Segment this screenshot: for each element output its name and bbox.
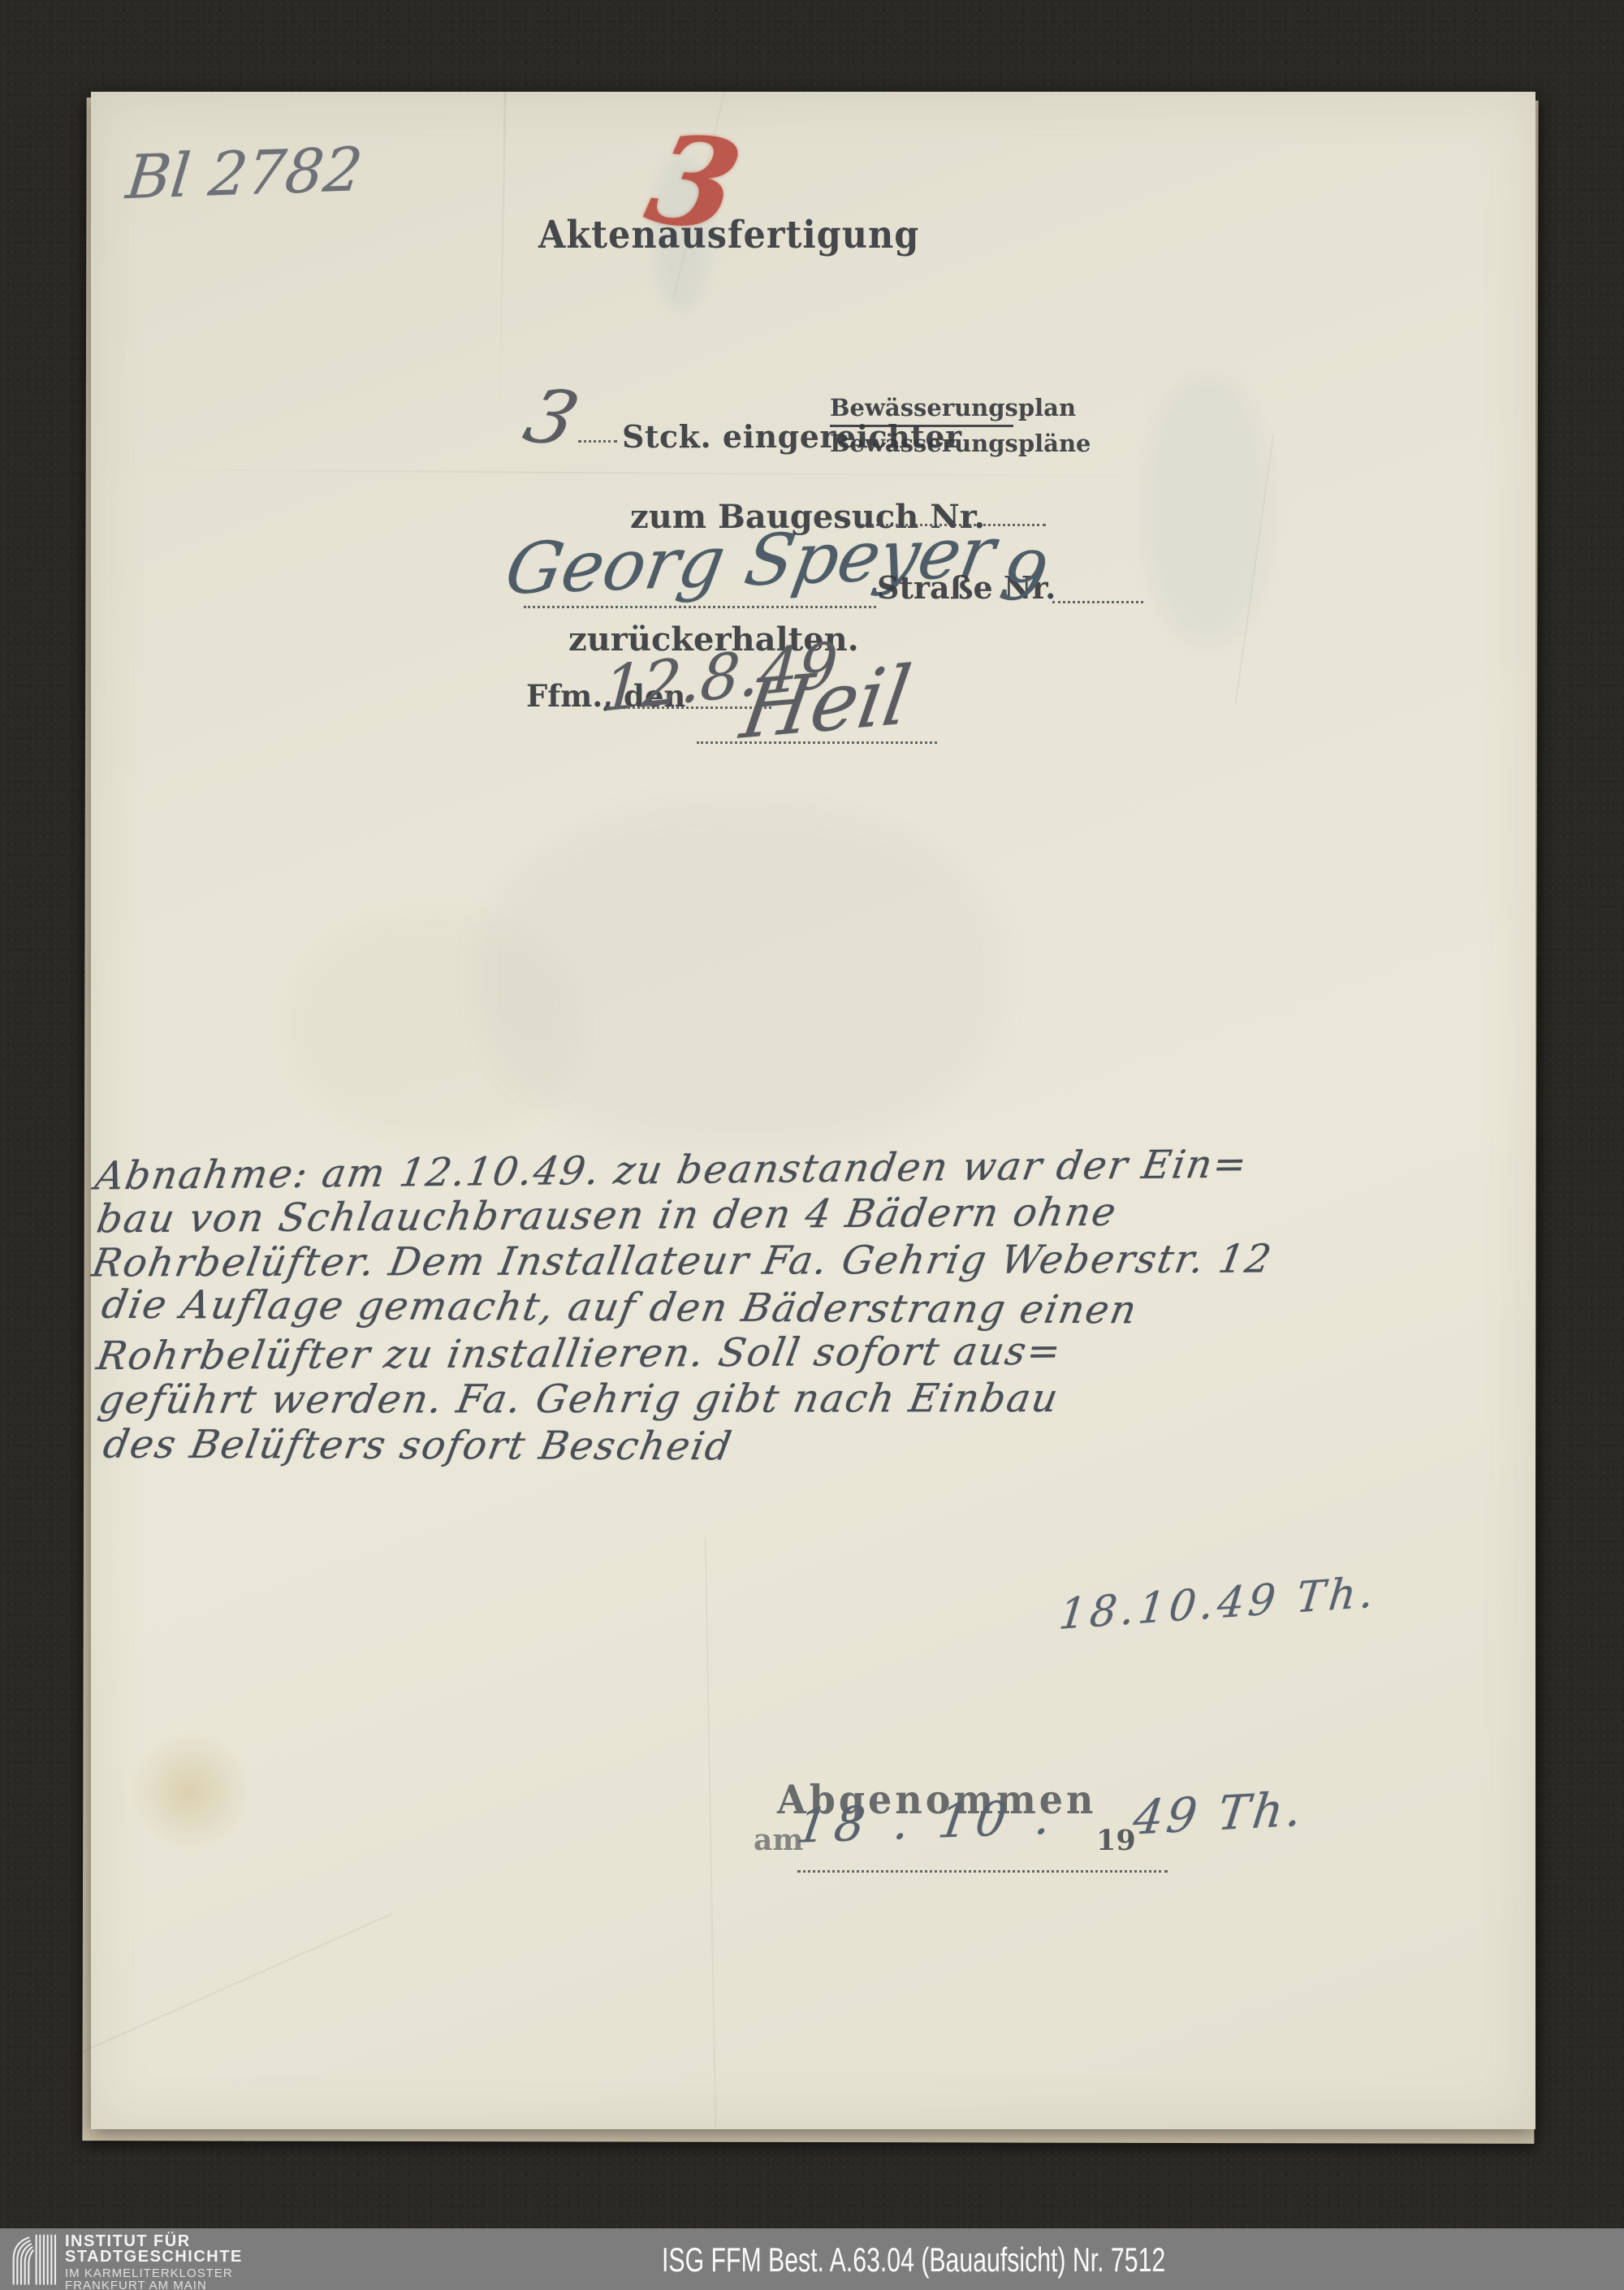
archive-scan-background: Bl 2782 3 Aktenausfertigung 3 Stck. eing… <box>0 0 1624 2290</box>
institute-logo: INSTITUT FÜR STADTGESCHICHTE IM KARMELIT… <box>0 2228 260 2290</box>
aktenausfertigung-stamp: Aktenausfertigung <box>538 214 919 257</box>
plan-plural-label: Bewässerungspläne <box>830 430 1013 457</box>
dotted-underline <box>524 606 876 608</box>
note-line: bau von Schlauchbrausen in den 4 Bädern … <box>93 1190 1121 1242</box>
note-line: geführt werden. Fa. Gehrig gibt nach Ein… <box>95 1376 1063 1423</box>
note-date-initials: 18.10.49 Th. <box>1056 1568 1380 1640</box>
gothic-arch-icon <box>8 2232 60 2286</box>
folio-number: Bl 2782 <box>123 135 366 213</box>
year-prefix-stamp: 19 <box>1096 1824 1136 1857</box>
logo-line-4: FRANKFURT AM MAIN <box>65 2279 243 2290</box>
note-line: die Auflage gemacht, auf den Bäderstrang… <box>98 1282 1142 1333</box>
paper-stain <box>132 1732 249 1850</box>
quantity-entry: 3 <box>515 373 588 463</box>
paper-crease <box>1235 434 1275 703</box>
dotted-underline <box>697 741 937 744</box>
logo-line-3: IM KARMELITERKLOSTER <box>65 2267 243 2279</box>
paper-crease <box>498 92 507 441</box>
paper-crease <box>705 1537 717 2127</box>
institute-logo-text: INSTITUT FÜR STADTGESCHICHTE IM KARMELIT… <box>65 2234 243 2290</box>
ink-bleedthrough <box>481 806 1000 1147</box>
dotted-underline <box>1052 601 1143 603</box>
acceptance-year-initials-entry: 49 Th. <box>1130 1781 1308 1846</box>
paper-crease <box>91 469 1535 480</box>
acceptance-day-month-entry: 18 . 10 . <box>793 1789 1061 1854</box>
ink-bleedthrough <box>294 920 578 1131</box>
dotted-underline <box>797 1870 1168 1873</box>
document-page: Bl 2782 3 Aktenausfertigung 3 Stck. eing… <box>91 92 1535 2129</box>
archive-caption: ISG FFM Best. A.63.04 (Bauaufsicht) Nr. … <box>662 2240 1165 2279</box>
dotted-underline <box>578 440 617 443</box>
ink-bleedthrough <box>1147 376 1268 644</box>
plan-singular-label: Bewässerungsplan <box>830 394 1013 421</box>
logo-line-2: STADTGESCHICHTE <box>65 2249 243 2265</box>
footer-bar: INSTITUT FÜR STADTGESCHICHTE IM KARMELIT… <box>0 2228 1624 2290</box>
fraction-bar <box>830 425 1013 427</box>
plan-fraction: Bewässerungsplan Bewässerungspläne <box>830 394 1013 457</box>
note-line: Rohrbelüfter. Dem Installateur Fa. Gehri… <box>89 1236 1276 1285</box>
note-line: des Belüfters sofort Bescheid <box>100 1422 736 1470</box>
note-line: Rohrbelüfter zu installieren. Soll sofor… <box>93 1329 1065 1379</box>
paper-crease <box>73 1913 393 2057</box>
